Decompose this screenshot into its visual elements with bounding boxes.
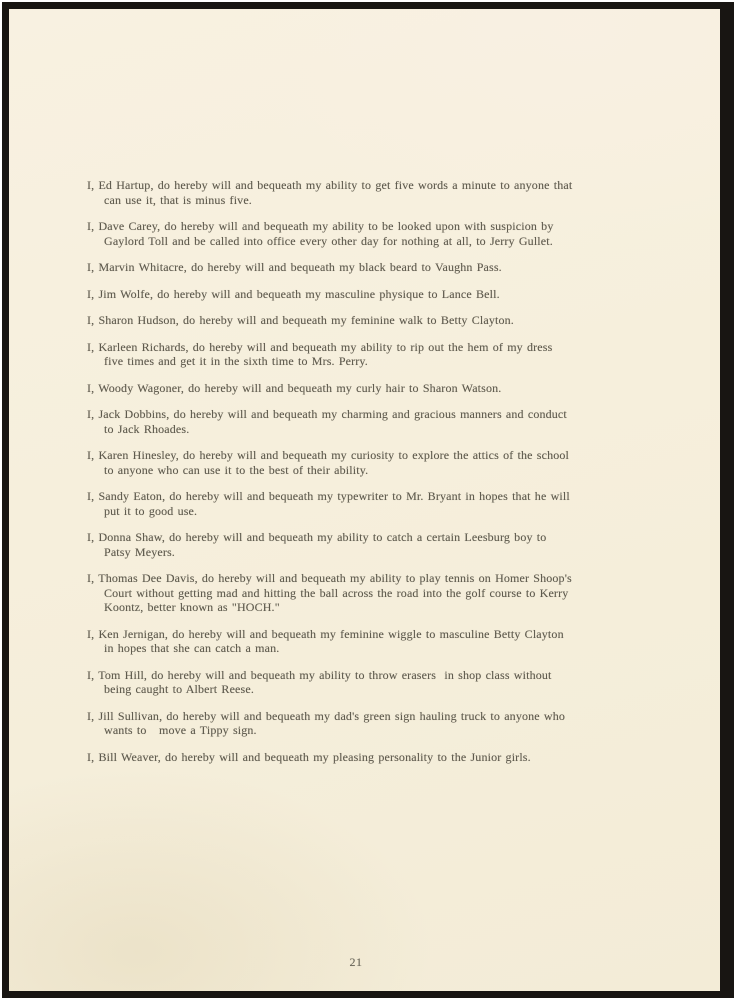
will-paragraph-list: I, Ed Hartup, do hereby will and bequeat… — [87, 178, 639, 776]
will-paragraph: I, Marvin Whitacre, do hereby will and b… — [87, 260, 639, 275]
will-paragraph: I, Jack Dobbins, do hereby will and bequ… — [87, 407, 639, 436]
will-paragraph: I, Donna Shaw, do hereby will and bequea… — [87, 530, 639, 559]
will-paragraph: I, Thomas Dee Davis, do hereby will and … — [87, 571, 639, 615]
will-paragraph: I, Dave Carey, do hereby will and bequea… — [87, 219, 639, 248]
will-paragraph: I, Jill Sullivan, do hereby will and beq… — [87, 709, 639, 738]
will-paragraph: I, Woody Wagoner, do hereby will and beq… — [87, 381, 639, 396]
will-paragraph: I, Karen Hinesley, do hereby will and be… — [87, 448, 639, 477]
will-paragraph: I, Ed Hartup, do hereby will and bequeat… — [87, 178, 639, 207]
will-paragraph: I, Sandy Eaton, do hereby will and beque… — [87, 489, 639, 518]
scan-border: I, Ed Hartup, do hereby will and bequeat… — [2, 2, 734, 998]
will-paragraph: I, Sharon Hudson, do hereby will and beq… — [87, 313, 639, 328]
will-paragraph: I, Tom Hill, do hereby will and bequeath… — [87, 668, 639, 697]
will-paragraph: I, Bill Weaver, do hereby will and beque… — [87, 750, 639, 765]
document-page: I, Ed Hartup, do hereby will and bequeat… — [9, 9, 720, 991]
will-paragraph: I, Jim Wolfe, do hereby will and bequeat… — [87, 287, 639, 302]
will-paragraph: I, Ken Jernigan, do hereby will and bequ… — [87, 627, 639, 656]
will-paragraph: I, Karleen Richards, do hereby will and … — [87, 340, 639, 369]
page-number: 21 — [336, 955, 376, 970]
